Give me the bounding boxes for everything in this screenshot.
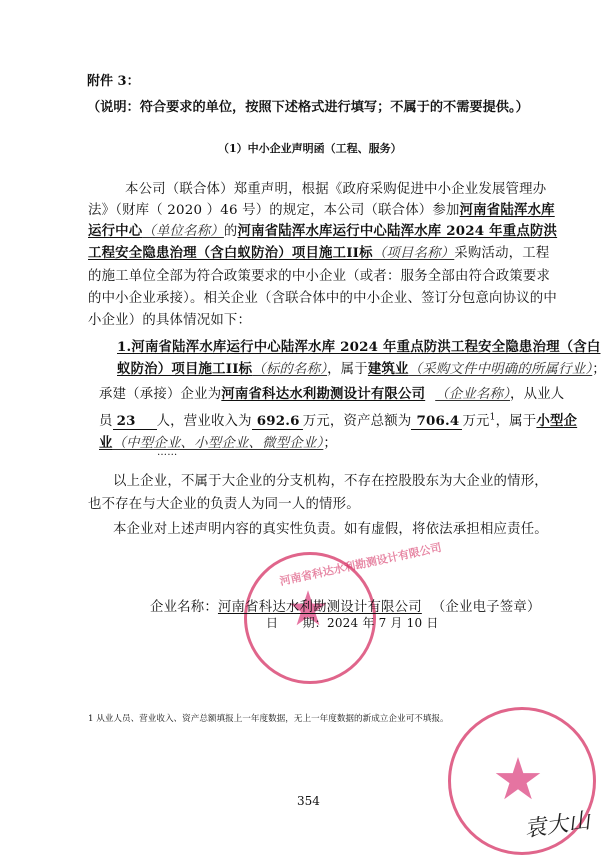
footnote: 1 从业人员、营业收入、资产总额填报上一年度数据，无上一年度数据的新成立企业可不… [88, 712, 449, 724]
enterprise-name-hint: （企业名称） [435, 387, 510, 402]
para1-line5: 的施工单位全部为符合政策要求的中小企业（或者：服务全部由符合政策要求 [88, 265, 550, 284]
para1-line1: 本公司（联合体）郑重声明，根据《政府采购促进中小企业发展管理办 [125, 178, 546, 197]
text: ； [592, 362, 606, 377]
item1-line2: 蚁防治）项目施工II标（标的名称），属于建筑业（采购文件中明确的所属行业）； [117, 358, 606, 377]
date-value: 2024 年 7 月 10 日 [327, 616, 439, 630]
text: ，从业人 [510, 387, 564, 402]
text: ，属于 [327, 362, 368, 377]
para1-line7: 小企业）的具体情况如下： [88, 309, 251, 328]
para1-line6: 的中小企业承接）。相关企业（含联合体中的中小企业、签订分包意向协议的中 [88, 287, 557, 306]
revenue-value: 692.6 [252, 413, 303, 430]
para2-line1: 以上企业，不属于大企业的分支机构，不存在控股股东为大企业的情形， [113, 470, 548, 489]
company-name: 河南省科达水利勘测设计有限公司 [218, 600, 432, 615]
project-name-cont: 工程安全隐患治理（含白蚁防治）项目施工II标 [88, 245, 373, 261]
signature-date-line: 日 期：2024 年 7 月 10 日 [266, 614, 439, 631]
text: 承建（承接）企业为 [99, 387, 221, 402]
ellipsis: …… [157, 447, 177, 458]
para3: 本企业对上述声明内容的真实性负责。如有虚假，将依法承担相应责任。 [113, 518, 548, 537]
para1-line4: 工程安全隐患治理（含白蚁防治）项目施工II标（项目名称）采购活动，工程 [88, 242, 549, 261]
seal-star-icon-2: ★ [488, 750, 548, 808]
signature-company-line: 企业名称：河南省科达水利勘测设计有限公司（企业电子签章） [150, 596, 541, 615]
project-name: 河南省陆浑水库运行中心陆浑水库 2024 年重点防洪 [238, 223, 558, 239]
assets-value: 706.4 [411, 413, 462, 430]
enterprise-size-cont: 业 [99, 435, 113, 451]
lot-name: 1.河南省陆浑水库运行中心陆浑水库 2024 年重点防洪工程安全隐患治理（含白 [117, 339, 600, 355]
text: 万元 [462, 414, 489, 429]
industry: 建筑业 [368, 361, 409, 377]
company-label: 企业名称： [150, 600, 218, 615]
item1-line5: 业（中型企业、小型企业、微型企业）； [99, 432, 337, 451]
para1-line2: 法》（财库（ 2020 ）46 号）的规定，本公司（联合体）参加河南省陆浑水库 [88, 199, 555, 218]
unit-name-hint: （单位名称） [142, 224, 224, 239]
text: ； [323, 436, 337, 451]
text: 万元，资产总额为 [303, 414, 412, 429]
text: 员 [99, 414, 113, 429]
date-label: 日 期： [266, 616, 327, 630]
unit-name-cont: 运行中心 [88, 223, 142, 239]
industry-hint: （采购文件中明确的所属行业） [409, 362, 593, 377]
text: 采购活动，工程 [454, 246, 549, 261]
lot-name-hint: （标的名称） [252, 362, 327, 377]
text: 的 [224, 224, 238, 239]
text: 人，营业收入为 [157, 414, 252, 429]
item1-line4: 员23人，营业收入为692.6万元，资产总额为706.4万元1，属于小型企 [99, 410, 577, 430]
page-number: 354 [297, 794, 320, 808]
instruction-note: （说明：符合要求的单位，按照下述格式进行填写；不属于的不需要提供。） [87, 96, 529, 115]
para2-line2: 也不存在与大企业的负责人为同一人的情形。 [88, 493, 360, 512]
item1-line3: 承建（承接）企业为河南省科达水利勘测设计有限公司（企业名称），从业人 [99, 383, 564, 402]
item1-line1: 1.河南省陆浑水库运行中心陆浑水库 2024 年重点防洪工程安全隐患治理（含白 [117, 336, 600, 355]
attachment-label: 附件 3： [87, 70, 140, 89]
unit-name: 河南省陆浑水库 [460, 202, 555, 218]
text: 法》（财库（ 2020 ）46 号）的规定，本公司（联合体）参加 [88, 203, 460, 218]
text: ，属于 [496, 414, 537, 429]
para1-line3: 运行中心（单位名称）的河南省陆浑水库运行中心陆浑水库 2024 年重点防洪 [88, 220, 557, 239]
lot-name-cont: 蚁防治）项目施工II标 [117, 361, 252, 377]
enterprise-size-hint: （中型企业、小型企业、微型企业） [113, 436, 324, 451]
enterprise-name: 河南省科达水利勘测设计有限公司 [221, 386, 425, 402]
employees-value: 23 [113, 413, 157, 430]
enterprise-size: 小型企 [536, 413, 577, 429]
project-name-hint: （项目名称） [373, 246, 455, 261]
e-seal-label: （企业电子签章） [432, 600, 541, 615]
document-title: （1）中小企业声明函（工程、服务） [218, 140, 402, 156]
